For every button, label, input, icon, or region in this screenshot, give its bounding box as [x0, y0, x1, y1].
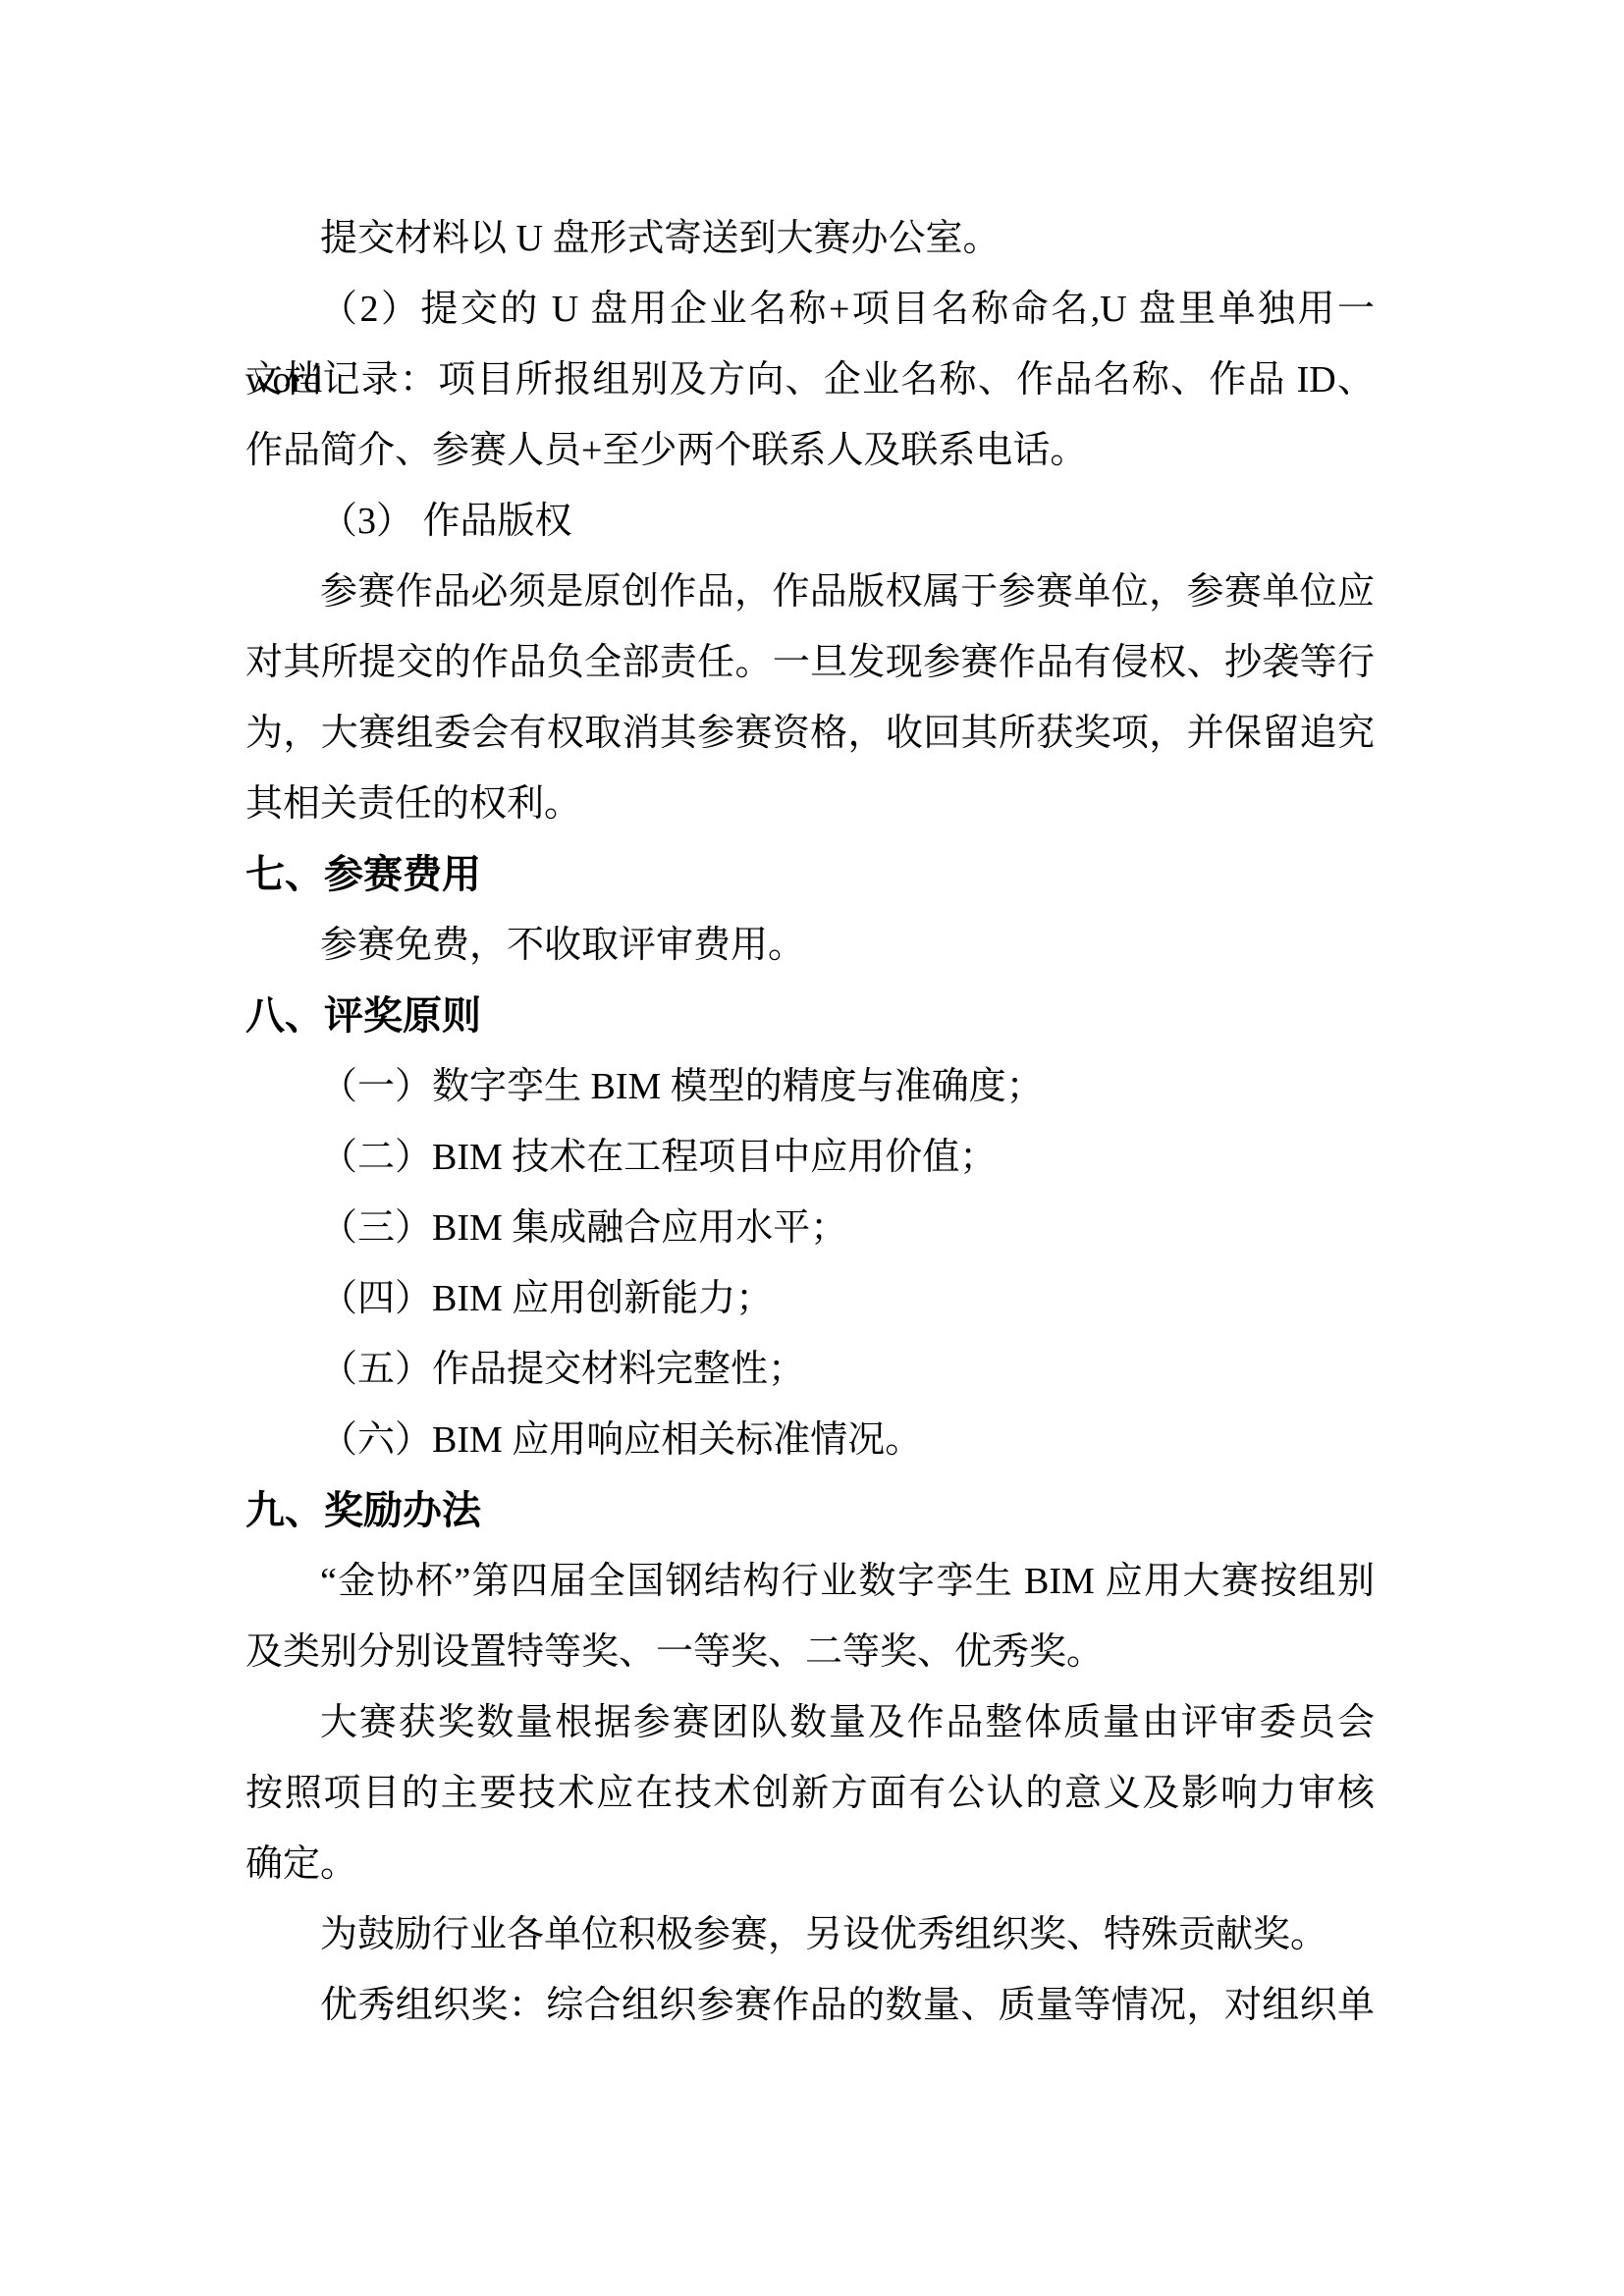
- text-line: （3） 作品版权: [245, 486, 1375, 557]
- text-line: 文档记录：项目所报组别及方向、企业名称、作品名称、作品 ID、: [245, 345, 1375, 415]
- text-line: 其相关责任的权利。: [245, 769, 1375, 839]
- text-line: 对其所提交的作品负全部责任。一旦发现参赛作品有侵权、抄袭等行: [245, 627, 1375, 698]
- text-line: 及类别分别设置特等奖、一等奖、二等奖、优秀奖。: [245, 1617, 1375, 1687]
- section-heading: 七、参赛费用: [245, 839, 1375, 910]
- text-line: 确定。: [245, 1829, 1375, 1899]
- text-line: （二）BIM 技术在工程项目中应用价值；: [245, 1122, 1375, 1193]
- text-line: “金协杯”第四届全国钢结构行业数字孪生 BIM 应用大赛按组别: [245, 1546, 1375, 1617]
- text-line: （三）BIM 集成融合应用水平；: [245, 1193, 1375, 1263]
- text-line: 优秀组织奖：综合组织参赛作品的数量、质量等情况，对组织单: [245, 1970, 1375, 2041]
- text-line: 为，大赛组委会有权取消其参赛资格，收回其所获奖项，并保留追究: [245, 698, 1375, 769]
- text-line: （一）数字孪生 BIM 模型的精度与准确度；: [245, 1051, 1375, 1122]
- text-line: 大赛获奖数量根据参赛团队数量及作品整体质量由评审委员会: [245, 1687, 1375, 1758]
- text-line: 参赛作品必须是原创作品，作品版权属于参赛单位，参赛单位应: [245, 557, 1375, 627]
- document-page: 提交材料以 U 盘形式寄送到大赛办公室。（2）提交的 U 盘用企业名称+项目名称…: [0, 0, 1624, 2296]
- text-line: 提交材料以 U 盘形式寄送到大赛办公室。: [245, 203, 1375, 274]
- text-line: 按照项目的主要技术应在技术创新方面有公认的意义及影响力审核: [245, 1758, 1375, 1829]
- text-line: 作品简介、参赛人员+至少两个联系人及联系电话。: [245, 415, 1375, 486]
- text-line: （六）BIM 应用响应相关标准情况。: [245, 1405, 1375, 1475]
- document-text-block: 提交材料以 U 盘形式寄送到大赛办公室。（2）提交的 U 盘用企业名称+项目名称…: [245, 203, 1375, 2041]
- text-line: 参赛免费，不收取评审费用。: [245, 910, 1375, 981]
- section-heading: 九、奖励办法: [245, 1475, 1375, 1546]
- text-line: （四）BIM 应用创新能力；: [245, 1263, 1375, 1334]
- section-heading: 八、评奖原则: [245, 981, 1375, 1051]
- text-line: （2）提交的 U 盘用企业名称+项目名称命名,U 盘里单独用一 word: [245, 274, 1375, 345]
- text-line: 为鼓励行业各单位积极参赛，另设优秀组织奖、特殊贡献奖。: [245, 1899, 1375, 1970]
- text-line: （五）作品提交材料完整性；: [245, 1334, 1375, 1405]
